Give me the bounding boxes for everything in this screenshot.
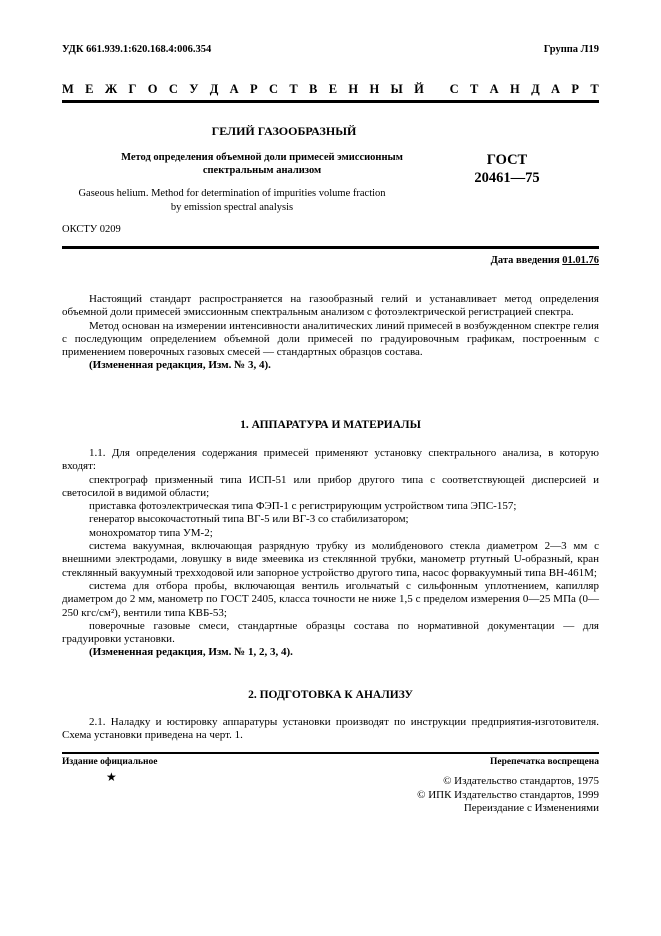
banner-letter: Р [571,82,579,97]
date-value: 01.01.76 [562,255,599,266]
document-subtitle: Метод определения объемной доли примесей… [97,151,427,177]
introduction-date: Дата введения 01.01.76 [491,255,599,266]
banner-letter: Д [210,82,219,97]
star-icon: ★ [106,770,117,785]
equipment-item: приставка фотоэлектрическая типа ФЭП-1 с… [62,500,599,513]
banner-letter: Т [289,82,297,97]
banner-letter: Ж [105,82,117,97]
section-2-heading: 2. ПОДГОТОВКА К АНАЛИЗУ [62,689,599,701]
section-1-heading: 1. АППАРАТУРА И МАТЕРИАЛЫ [62,419,599,431]
interstate-standard-banner: МЕЖГОСУДАРСТВЕННЫЙ СТАНДАРТ [62,82,599,97]
official-edition-label: Издание официальное [62,757,158,767]
banner-letter: В [309,82,317,97]
gost-label: ГОСТ [447,151,567,169]
intro-paragraph-2: Метод основан на измерении интенсивности… [62,320,599,360]
equipment-item: система вакуумная, включающая разрядную … [62,540,599,580]
clause-1-1: 1.1. Для определения содержания примесей… [62,447,599,474]
footer-rule [62,752,599,754]
banner-letter: Т [590,82,598,97]
subtitle-line-1: Метод определения объемной доли примесей… [97,151,427,164]
banner-letter: Т [470,82,478,97]
banner-letter: Г [129,82,137,97]
intro-paragraph-1: Настоящий стандарт распространяется на г… [62,293,599,320]
banner-letter: О [148,82,158,97]
title-block-rule [62,246,599,249]
intro-amendment-note: (Измененная редакция, Изм. № 3, 4). [62,359,599,372]
banner-letter: М [62,82,74,97]
banner-letter: Н [348,82,358,97]
banner-letter: Е [85,82,93,97]
banner-letter [435,82,438,97]
gost-designation: ГОСТ 20461—75 [447,151,567,187]
banner-letter: А [490,82,499,97]
banner-letter: С [450,82,459,97]
banner-letter: С [169,82,178,97]
banner-letter: Й [414,82,424,97]
banner-letter: Ы [391,82,403,97]
reprint-prohibited-label: Перепечатка воспрещена [490,757,599,767]
english-title-line-2: by emission spectral analysis [62,201,402,215]
banner-letter: Н [369,82,379,97]
intro-text: Настоящий стандарт распространяется на г… [62,293,599,373]
section-1-amendment-note: (Измененная редакция, Изм. № 1, 2, 3, 4)… [62,646,599,659]
copyright-1999: © ИПК Издательство стандартов, 1999 [417,789,599,803]
equipment-item: генератор высокочастотный типа ВГ-5 или … [62,513,599,526]
top-rule [62,100,599,103]
banner-letter: У [189,82,198,97]
banner-letter: Р [250,82,258,97]
section-2-text: 2.1. Наладку и юстировку аппаратуры уста… [62,716,599,743]
equipment-item: система для отбора пробы, включающая вен… [62,580,599,620]
banner-letter: Д [531,82,540,97]
equipment-item: поверочные газовые смеси, стандартные об… [62,620,599,647]
section-1-text: 1.1. Для определения содержания примесей… [62,447,599,660]
document-title: ГЕЛИЙ ГАЗООБРАЗНЫЙ [154,124,414,139]
banner-letter: А [230,82,239,97]
banner-letter: Н [510,82,520,97]
clause-2-1: 2.1. Наладку и юстировку аппаратуры уста… [62,716,599,743]
copyright-block: © Издательство стандартов, 1975 © ИПК Из… [417,775,599,816]
gost-number: 20461—75 [447,169,567,187]
equipment-item: спектрограф призменный типа ИСП-51 или п… [62,474,599,501]
copyright-1975: © Издательство стандартов, 1975 [417,775,599,789]
date-label: Дата введения [491,255,560,266]
okstu-code: ОКСТУ 0209 [62,224,121,235]
banner-letter: А [551,82,560,97]
english-title: Gaseous helium. Method for determination… [62,187,402,215]
equipment-item: монохроматор типа УМ-2; [62,527,599,540]
subtitle-line-2: спектральным анализом [97,164,427,177]
english-title-line-1: Gaseous helium. Method for determination… [62,187,402,201]
group-code: Группа Л19 [544,44,599,55]
banner-letter: Е [329,82,337,97]
banner-letter: С [269,82,278,97]
udk-code: УДК 661.939.1:620.168.4:006.354 [62,44,211,55]
reissue-note: Переиздание с Изменениями [417,802,599,816]
